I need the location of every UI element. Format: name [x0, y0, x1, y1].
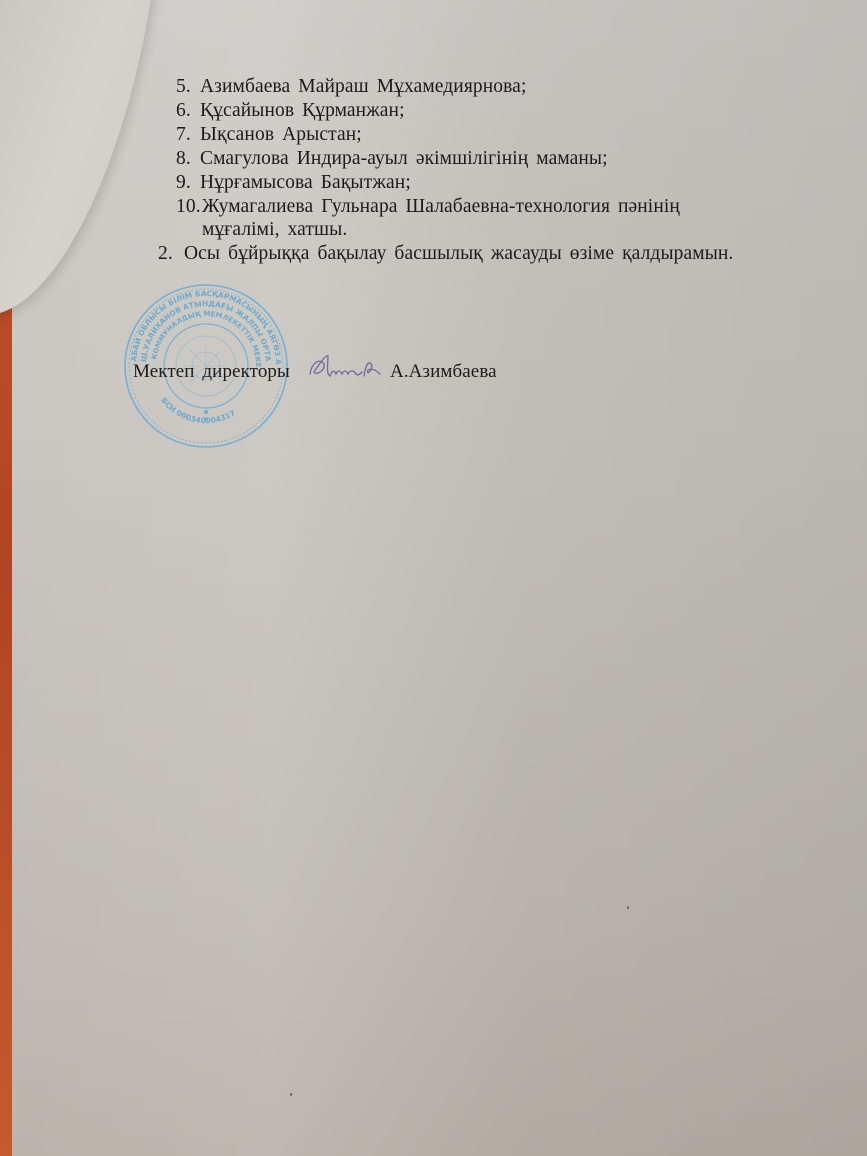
clause: 2.Осы бұйрыққа бақылау басшылық жасауды … [158, 243, 733, 265]
list-item: 6.Құсайынов Құрманжан; [176, 100, 405, 122]
list-item-text: Смагулова Индира-ауыл әкімшілігінің мама… [200, 148, 608, 169]
list-item-number: 8. [176, 148, 200, 170]
list-item-text: Жумагалиева Гульнара Шалабаевна-технолог… [202, 196, 680, 217]
list-item-text: Құсайынов Құрманжан; [200, 100, 405, 121]
list-item-number: 7. [176, 124, 200, 146]
clause-text: Осы бұйрыққа бақылау басшылық жасауды өз… [184, 243, 733, 264]
list-item-continuation: мұғалімі, хатшы. [202, 219, 347, 241]
paper-speck [627, 906, 629, 909]
list-item-number: 6. [176, 100, 200, 122]
signatory-name: А.Азимбаева [390, 361, 497, 383]
list-item-text: Азимбаева Майраш Мұхамедиярнова; [200, 76, 526, 97]
list-item: 10.Жумагалиева Гульнара Шалабаевна-техно… [176, 196, 680, 218]
photo-scene: 5.Азимбаева Майраш Мұхамедиярнова; 6.Құс… [0, 0, 867, 1156]
list-item-number: 10. [176, 196, 202, 218]
list-item: 8.Смагулова Индира-ауыл әкімшілігінің ма… [176, 148, 608, 170]
svg-text:БСН 000340004317: БСН 000340004317 [159, 396, 237, 425]
list-item: 5.Азимбаева Майраш Мұхамедиярнова; [176, 76, 526, 98]
handwritten-signature [306, 352, 386, 386]
list-item-number: 9. [176, 172, 200, 194]
signature-title: Мектеп директоры [133, 361, 290, 383]
list-item-text: Нұрғамысова Бақытжан; [200, 172, 411, 193]
list-item: 9.Нұрғамысова Бақытжан; [176, 172, 411, 194]
list-item-text: Ықсанов Арыстан; [200, 124, 362, 145]
document-page [12, 0, 867, 1156]
paper-speck [290, 1093, 292, 1096]
list-item-number: 5. [176, 76, 200, 98]
list-item: 7.Ықсанов Арыстан; [176, 124, 362, 146]
clause-number: 2. [158, 243, 184, 265]
